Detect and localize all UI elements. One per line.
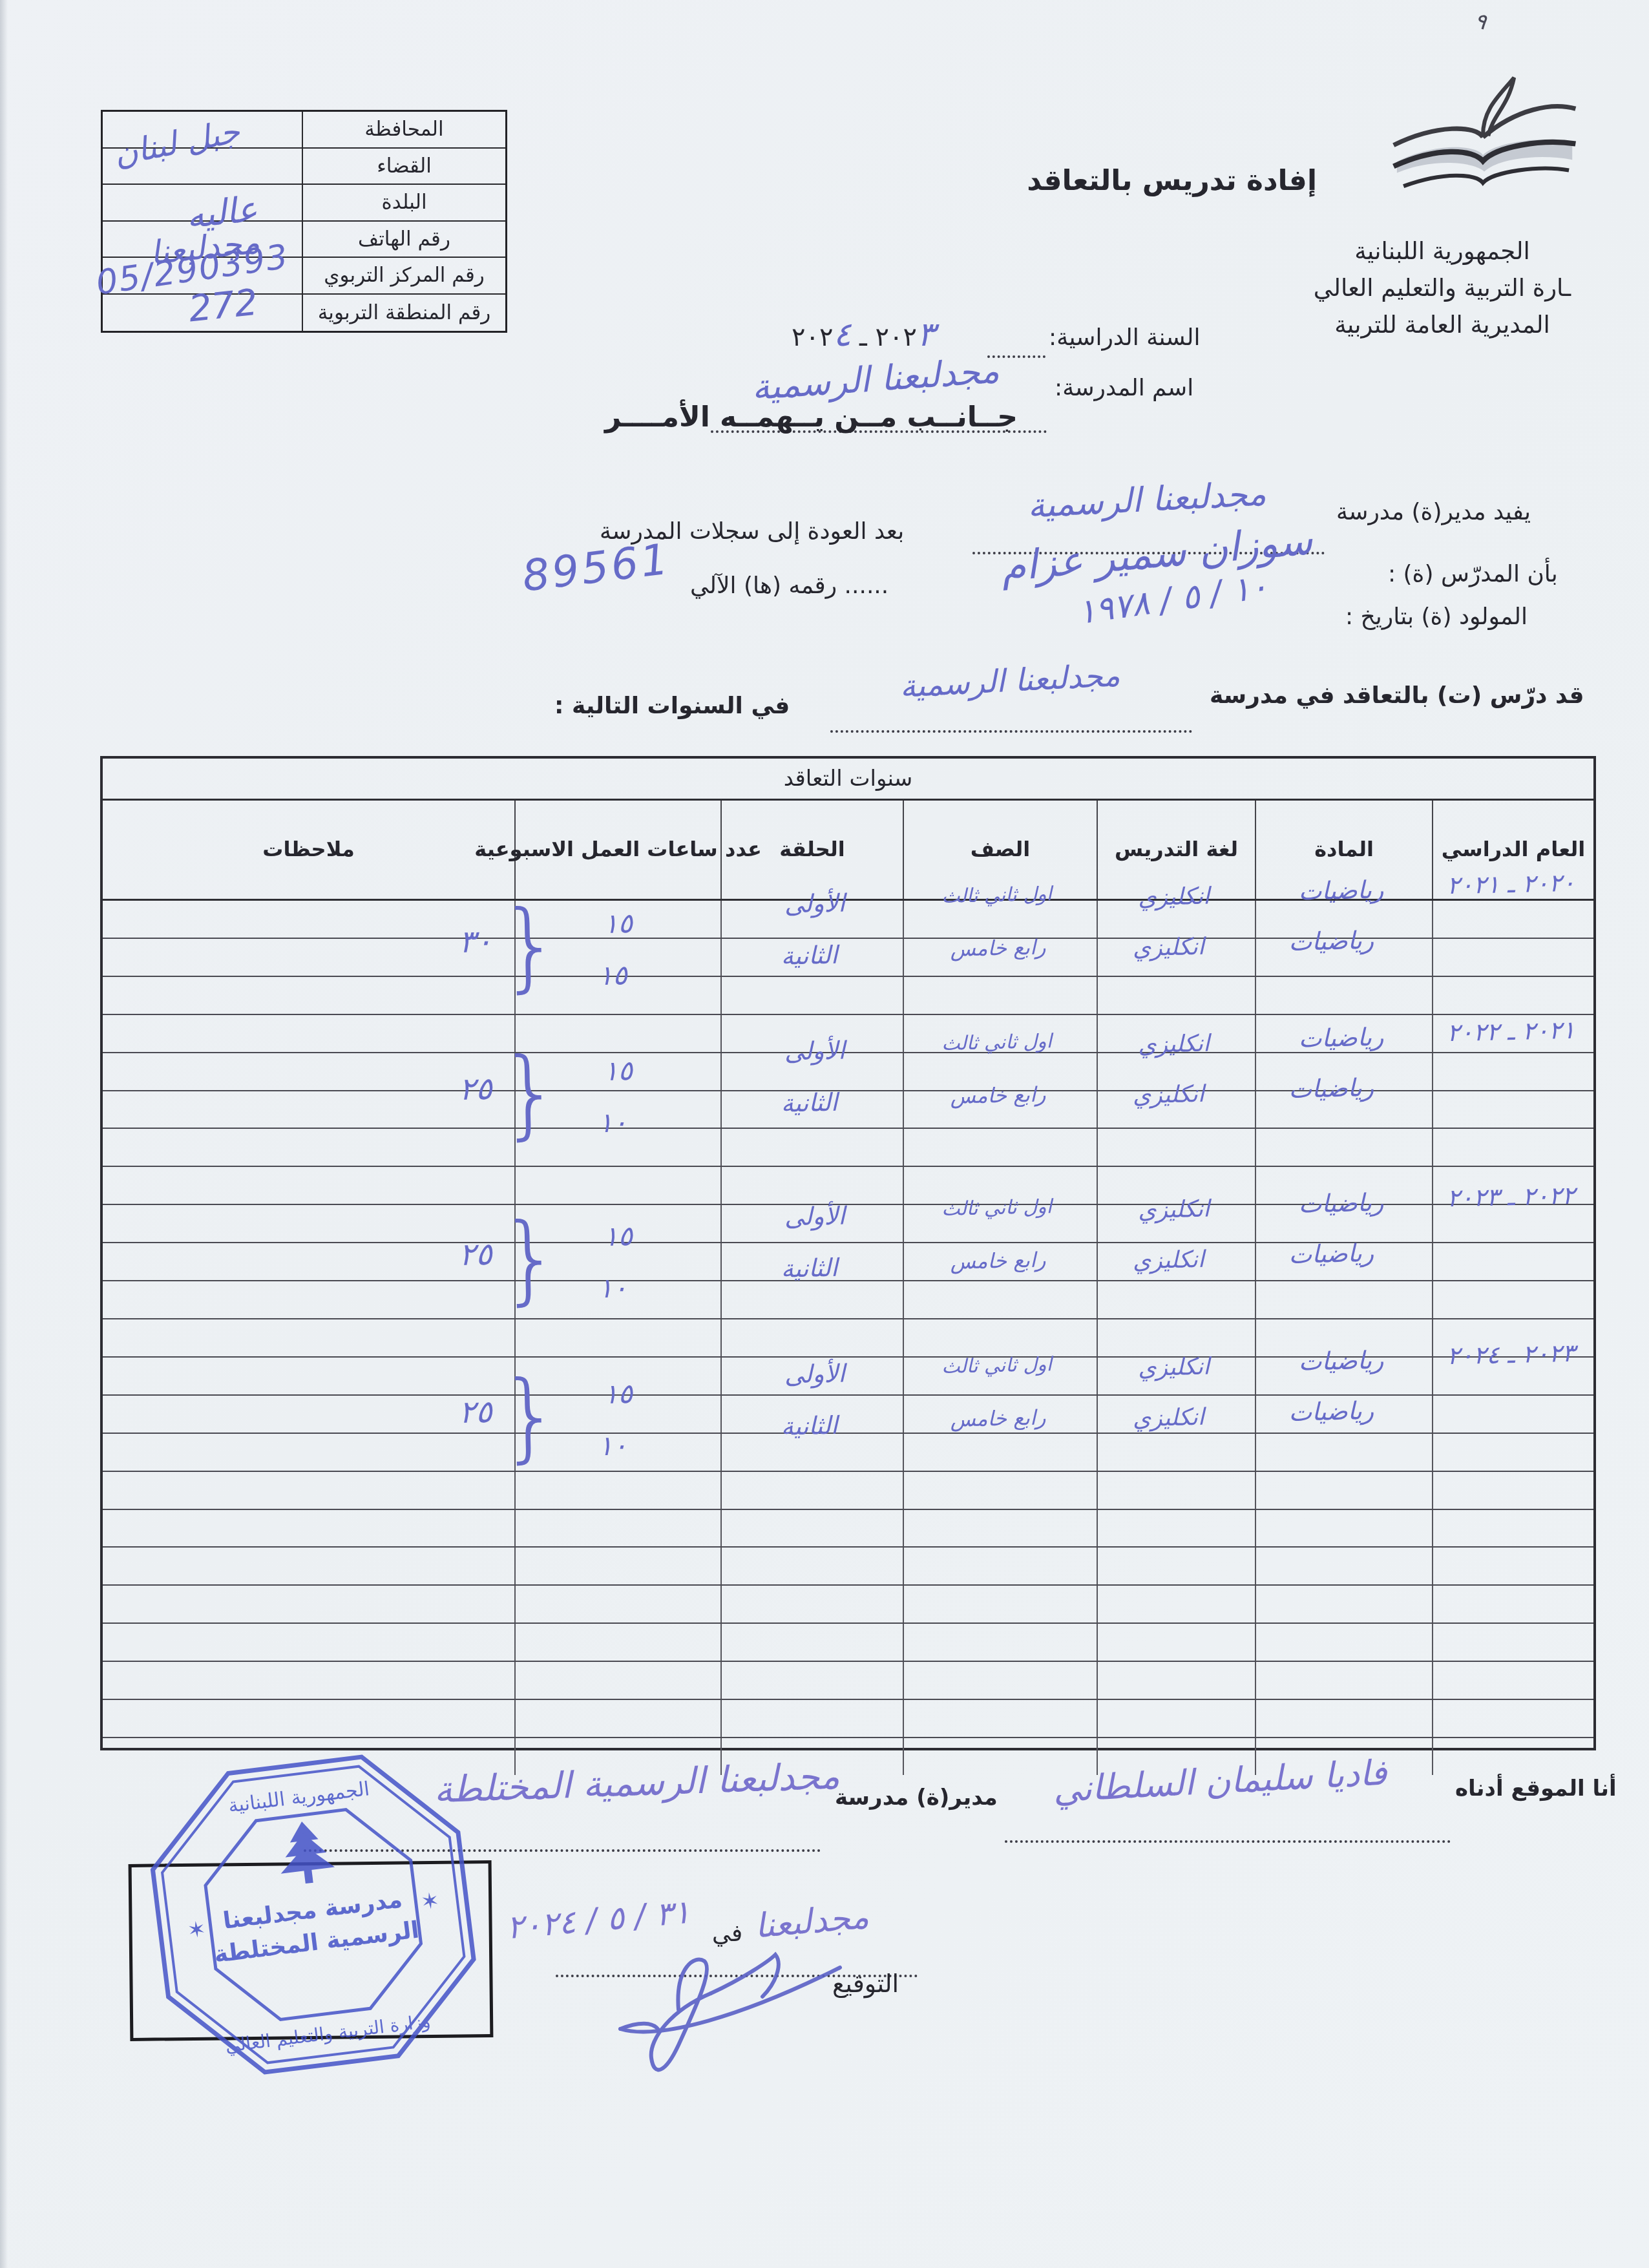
contract-cell — [103, 1281, 514, 1318]
contract-empty-row — [103, 1356, 1593, 1394]
contract-cell — [903, 1319, 1097, 1356]
contract-empty-row — [103, 1394, 1593, 1433]
contract-cell — [720, 901, 903, 938]
contract-cell — [514, 1662, 720, 1699]
republic-line: الجمهورية اللبنانية — [1303, 233, 1581, 269]
directorate-line: المديرية العامة للتربية — [1303, 306, 1581, 343]
contract-cell — [1432, 1281, 1593, 1318]
contract-cell — [720, 1129, 903, 1166]
contract-cell — [1097, 1396, 1255, 1433]
contract-cell — [514, 1091, 720, 1128]
contract-empty-row — [103, 1242, 1593, 1280]
contract-cell — [720, 977, 903, 1014]
contract-cell — [514, 1434, 720, 1471]
contract-cell — [1432, 1243, 1593, 1280]
contract-cell — [1432, 1548, 1593, 1584]
contract-cell — [1097, 1281, 1255, 1318]
contract-cell — [720, 1053, 903, 1090]
contract-cell — [1255, 977, 1432, 1014]
contract-cell — [903, 1243, 1097, 1280]
contract-cell — [514, 1396, 720, 1433]
contract-cell — [1097, 1053, 1255, 1090]
contract-cell — [103, 1167, 514, 1204]
contract-cell — [1097, 1243, 1255, 1280]
contract-cell — [903, 1053, 1097, 1090]
contract-cell — [103, 1472, 514, 1509]
contract-cell — [720, 1548, 903, 1584]
contract-cell — [1432, 1700, 1593, 1737]
contract-cell — [103, 1053, 514, 1090]
contract-cell — [1097, 1662, 1255, 1699]
document-title: إفادة تدريس بالتعاقد — [1091, 164, 1317, 197]
contract-cell — [720, 1319, 903, 1356]
contract-cell — [1432, 1662, 1593, 1699]
year-end-typed: ٢٠٢ — [792, 322, 833, 352]
ministry-logo — [1383, 72, 1583, 214]
contract-cell — [903, 1472, 1097, 1509]
contract-empty-row — [103, 1204, 1593, 1242]
contract-cell — [514, 1129, 720, 1166]
contract-cell — [1255, 1129, 1432, 1166]
contract-cell — [1255, 1434, 1432, 1471]
contract-cell — [1255, 1396, 1432, 1433]
contract-cell — [103, 1434, 514, 1471]
header-agency-block: الجمهورية اللبنانية ـارة التربية والتعلي… — [1303, 233, 1581, 343]
contract-cell — [103, 1510, 514, 1547]
contract-cell — [514, 1510, 720, 1547]
contract-cell — [1097, 1358, 1255, 1394]
hw-body-school-name: مجدلبعنا الرسمية — [965, 474, 1329, 526]
contract-cell — [1255, 1091, 1432, 1128]
contract-cell — [903, 1624, 1097, 1661]
body-line4-suffix: في السنوات التالية : — [554, 693, 790, 719]
contract-cell — [1255, 939, 1432, 976]
contract-cell — [514, 1472, 720, 1509]
director-signature — [582, 1932, 853, 2090]
contract-cell — [103, 1243, 514, 1280]
contract-cell — [1432, 901, 1593, 938]
contract-cell — [720, 1434, 903, 1471]
contract-table-header-row: العام الدراسيالمادةلغة التدريسالصفالحلقة… — [103, 801, 1593, 901]
contract-cell — [903, 1015, 1097, 1052]
dotted-leader — [1005, 1838, 1451, 1843]
contract-cell — [720, 1358, 903, 1394]
contract-cell — [720, 1510, 903, 1547]
contract-cell — [1255, 1053, 1432, 1090]
contract-cell — [514, 1700, 720, 1737]
contract-empty-row — [103, 1622, 1593, 1661]
contract-cell — [1097, 1548, 1255, 1584]
contract-cell — [903, 1700, 1097, 1737]
contract-cell — [903, 1548, 1097, 1584]
contract-cell — [720, 1091, 903, 1128]
contract-cell — [903, 1167, 1097, 1204]
contract-cell — [103, 1015, 514, 1052]
contract-cell — [103, 1624, 514, 1661]
contract-cell — [103, 1548, 514, 1584]
stamp-star-left: ✶ — [419, 1887, 441, 1915]
hw-teacher-id-number: 89561 — [520, 538, 673, 598]
contract-cell — [1097, 901, 1255, 938]
contract-cell — [1255, 1243, 1432, 1280]
contract-table-title: سنوات التعاقد — [103, 759, 1593, 801]
contract-cell — [903, 1091, 1097, 1128]
contract-cell — [514, 939, 720, 976]
contract-cell — [514, 901, 720, 938]
contract-empty-row — [103, 1166, 1593, 1204]
contract-cell — [720, 1243, 903, 1280]
contract-empty-row — [103, 1318, 1593, 1356]
contract-cell — [514, 977, 720, 1014]
body-line2-prefix: بأن المدرّس (ة) : — [1388, 561, 1558, 587]
contract-empty-row — [103, 1546, 1593, 1584]
contract-cell — [1432, 1472, 1593, 1509]
contract-cell — [1432, 1434, 1593, 1471]
contract-cell — [1255, 1510, 1432, 1547]
contract-cell — [720, 939, 903, 976]
contract-cell — [1255, 1281, 1432, 1318]
contract-cell — [1432, 1624, 1593, 1661]
contract-cell — [903, 1281, 1097, 1318]
contract-cell — [903, 1129, 1097, 1166]
contract-cell — [720, 1624, 903, 1661]
contract-cell — [903, 1586, 1097, 1622]
octagon-stamp-icon: الجمهورية اللبنانية مدرسة مجدلبعنا الرسم… — [134, 1738, 493, 2091]
ministry-line: ـارة التربية والتعليم العالي — [1303, 269, 1581, 306]
contract-cell — [103, 1662, 514, 1699]
contract-cell — [720, 1700, 903, 1737]
contract-cell — [103, 1586, 514, 1622]
contract-empty-row — [103, 1433, 1593, 1471]
contract-cell — [103, 939, 514, 976]
contract-cell — [514, 1586, 720, 1622]
contract-cell — [1255, 1548, 1432, 1584]
contract-cell — [720, 1281, 903, 1318]
info-row-label: القضاء — [302, 149, 505, 185]
contract-cell — [720, 1015, 903, 1052]
body-line3-label: المولود (ة) بتاريخ : — [1345, 604, 1528, 630]
body-line4-prefix: قد درّس (ت) بالتعاقد في مدرسة — [1210, 682, 1584, 709]
contract-empty-row — [103, 1699, 1593, 1737]
contract-cell — [1255, 1662, 1432, 1699]
contract-cell — [1432, 1053, 1593, 1090]
contract-empty-row — [103, 1128, 1593, 1166]
year-separator: ـ — [851, 322, 875, 352]
year-end-handwritten-digit: ٤ — [833, 315, 851, 354]
contract-cell — [903, 1205, 1097, 1242]
contract-cell — [1432, 1586, 1593, 1622]
contract-years-table: سنوات التعاقد العام الدراسيالمادةلغة الت… — [100, 756, 1596, 1750]
contract-cell — [1097, 1510, 1255, 1547]
school-stamp: الجمهورية اللبنانية مدرسة مجدلبعنا الرسم… — [134, 1738, 493, 2094]
contract-cell — [1432, 1510, 1593, 1547]
contract-cell — [1255, 901, 1432, 938]
school-year-label: السنة الدراسية: — [1049, 324, 1200, 351]
contract-cell — [903, 1510, 1097, 1547]
contract-cell — [103, 1700, 514, 1737]
footer-line1-prefix: أنا الموقع أدناه — [1455, 1776, 1617, 1801]
contract-empty-row — [103, 1090, 1593, 1128]
contract-cell — [1255, 1358, 1432, 1394]
contract-cell — [514, 1053, 720, 1090]
year-start-typed: ٢٠٢ — [876, 322, 917, 352]
contract-table-body — [103, 901, 1593, 1775]
contract-cell — [720, 1586, 903, 1622]
contract-cell — [514, 1358, 720, 1394]
body-line2-mid: ...... رقمه (ها) الآلي — [690, 572, 888, 599]
contract-empty-row — [103, 1280, 1593, 1318]
contract-cell — [514, 1548, 720, 1584]
contract-empty-row — [103, 1052, 1593, 1090]
contract-cell — [1255, 1015, 1432, 1052]
contract-cell — [1255, 1205, 1432, 1242]
contract-cell — [1255, 1624, 1432, 1661]
school-name-handwritten: مجدلبعنا الرسمية — [704, 350, 1047, 409]
contract-cell — [1432, 1205, 1593, 1242]
contract-column-header: الصف — [903, 801, 1097, 899]
contract-cell — [720, 1205, 903, 1242]
contract-cell — [903, 1396, 1097, 1433]
contract-cell — [1097, 1167, 1255, 1204]
contract-cell — [903, 977, 1097, 1014]
contract-cell — [1097, 1205, 1255, 1242]
contract-column-header: العام الدراسي — [1432, 801, 1593, 899]
contract-cell — [1255, 1167, 1432, 1204]
contract-cell — [1097, 1472, 1255, 1509]
contract-cell — [903, 1662, 1097, 1699]
contract-cell — [1097, 1624, 1255, 1661]
contract-cell — [514, 1624, 720, 1661]
contract-cell — [103, 1205, 514, 1242]
scanned-document-page: ٩ الجمهورية اللبنانية ـارة التربية والتع… — [0, 0, 1649, 2268]
contract-cell — [1097, 1319, 1255, 1356]
contract-column-header: لغة التدريس — [1097, 801, 1255, 899]
contract-cell — [103, 1129, 514, 1166]
contract-cell — [1432, 1358, 1593, 1394]
contract-cell — [1255, 1319, 1432, 1356]
contract-cell — [103, 1396, 514, 1433]
contract-cell — [720, 1662, 903, 1699]
contract-cell — [903, 901, 1097, 938]
contract-cell — [1097, 1015, 1255, 1052]
contract-empty-row — [103, 1471, 1593, 1509]
contract-column-header: عدد ساعات العمل الاسبوعية — [514, 801, 720, 899]
contract-cell — [103, 977, 514, 1014]
contract-cell — [1432, 1319, 1593, 1356]
contract-cell — [1097, 1091, 1255, 1128]
info-row-label: رقم المركز التربوي — [302, 258, 505, 295]
contract-cell — [103, 1358, 514, 1394]
contract-empty-row — [103, 976, 1593, 1014]
contract-cell — [1432, 1167, 1593, 1204]
stamp-star-right: ✶ — [186, 1916, 207, 1944]
footer-line1-mid: مدير(ة) مدرسة — [835, 1785, 998, 1811]
contract-cell — [1097, 1129, 1255, 1166]
info-row-label: المحافظة — [302, 112, 505, 149]
hw-center-number: 272 — [187, 285, 259, 328]
contract-cell — [514, 1243, 720, 1280]
info-row-label: رقم المنطقة التربوية — [302, 295, 505, 331]
year-start-handwritten-digit: ٣ — [917, 315, 935, 354]
contract-column-header: المادة — [1255, 801, 1432, 899]
contract-cell — [903, 939, 1097, 976]
contract-cell — [103, 1319, 514, 1356]
contract-cell — [1097, 1434, 1255, 1471]
contract-cell — [1432, 977, 1593, 1014]
school-year-value: ٢٠٢٣ ـ ٢٠٢٤ — [792, 318, 935, 352]
dotted-leader — [830, 728, 1192, 733]
contract-cell — [1255, 1472, 1432, 1509]
contract-cell — [903, 1358, 1097, 1394]
contract-cell — [103, 901, 514, 938]
contract-cell — [1255, 1700, 1432, 1737]
contract-cell — [514, 1319, 720, 1356]
contract-cell — [1432, 1738, 1593, 1775]
info-row-label: البلدة — [302, 185, 505, 222]
contract-cell — [1432, 1396, 1593, 1433]
contract-empty-row — [103, 938, 1593, 976]
contract-column-header: ملاحظات — [103, 801, 514, 899]
signature-stroke-icon — [582, 1932, 853, 2087]
contract-cell — [514, 1281, 720, 1318]
contract-cell — [720, 1472, 903, 1509]
contract-cell — [720, 1396, 903, 1433]
contract-cell — [1432, 939, 1593, 976]
hw-body-school-name-2: مجدلبعنا الرسمية — [819, 656, 1201, 707]
contract-cell — [1432, 1091, 1593, 1128]
contract-cell — [1255, 1586, 1432, 1622]
contract-empty-row — [103, 1014, 1593, 1052]
open-book-icon — [1383, 72, 1583, 211]
contract-cell — [514, 1205, 720, 1242]
contract-cell — [1097, 977, 1255, 1014]
contract-empty-row — [103, 1509, 1593, 1547]
cedar-tree-icon — [275, 1818, 336, 1887]
contract-cell — [1432, 1015, 1593, 1052]
contract-cell — [514, 1167, 720, 1204]
contract-cell — [1097, 1586, 1255, 1622]
contract-cell — [514, 1015, 720, 1052]
contract-cell — [720, 1167, 903, 1204]
contract-empty-row — [103, 1661, 1593, 1699]
salutation-heading: جــانــب مــن يــهمــه الأمــــر — [701, 401, 1018, 434]
contract-empty-row — [103, 1584, 1593, 1622]
contract-cell — [1432, 1129, 1593, 1166]
school-name-label: اسم المدرسة: — [1055, 375, 1193, 401]
info-row-label: رقم الهاتف — [302, 222, 505, 258]
contract-empty-row — [103, 901, 1593, 938]
contract-cell — [1097, 1700, 1255, 1737]
contract-cell — [903, 1434, 1097, 1471]
corner-pen-mark: ٩ — [1472, 9, 1489, 33]
contract-cell — [103, 1091, 514, 1128]
contract-cell — [1097, 939, 1255, 976]
